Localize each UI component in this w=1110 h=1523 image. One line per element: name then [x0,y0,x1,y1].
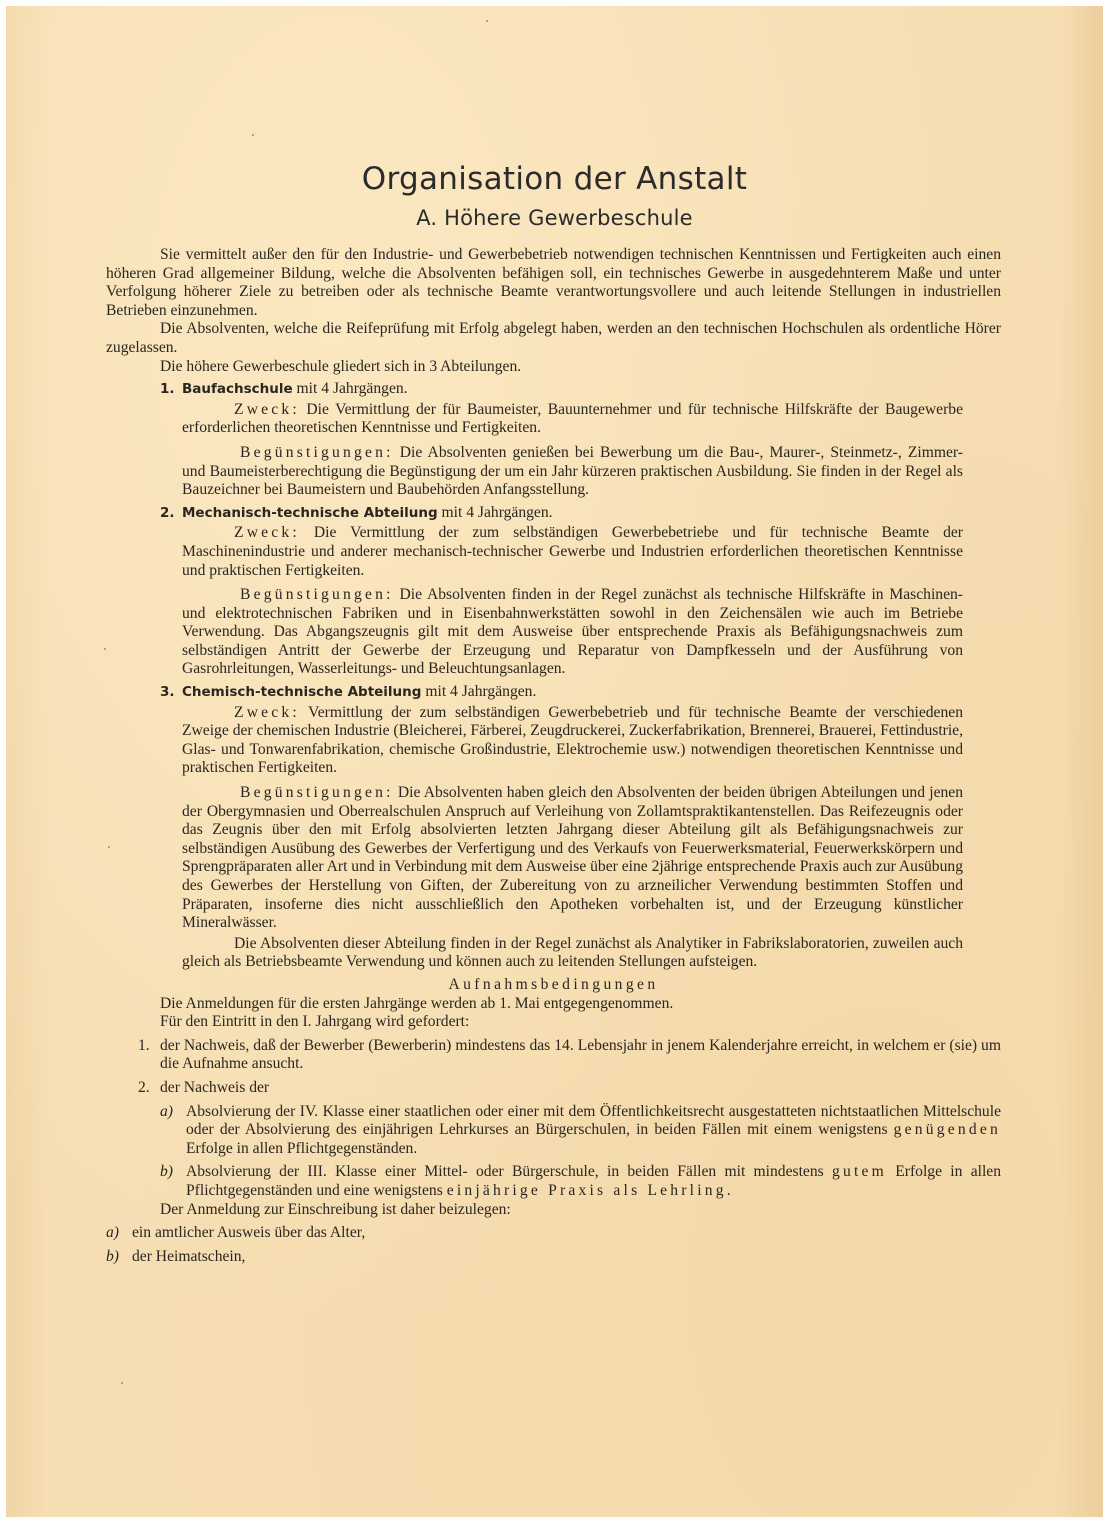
section-number: 2. [160,504,182,523]
paper-speck [486,20,488,22]
intro-paragraph-1: Sie vermittelt außer den für den Industr… [106,246,1001,320]
paper-speck [252,134,254,136]
admission-paragraph-3: Der Anmeldung zur Einschreibung ist dahe… [160,1201,1001,1220]
admission-paragraph-2: Für den Eintritt in den I. Jahrgang wird… [160,1013,1001,1032]
section-suffix: mit 4 Jahrgängen. [438,504,553,521]
text-segment: Absolvierung der IV. Klasse einer staatl… [186,1103,1001,1139]
zweck-text: Die Vermittlung der für Baumeister, Bauu… [182,401,963,437]
page-subtitle: A. Höhere Gewerbeschule [6,206,1103,230]
section-zweck: Zweck: Die Vermittlung der für Baumeiste… [182,401,963,438]
list-text: der Heimatschein, [132,1248,1001,1267]
list-label: b) [106,1248,119,1267]
section-number: 1. [160,380,182,399]
section-zweck: Zweck: Die Vermittlung der zum selbständ… [182,524,963,580]
section-beguenstigungen: Begünstigungen: Die Absolventen finden i… [182,586,963,679]
document-body: Sie vermittelt außer den für den Industr… [106,246,1001,1266]
section-zweck: Zweck: Vermittlung der zum selbständigen… [182,704,963,778]
admission-heading: Aufnahmsbedingungen [106,976,1001,995]
text-segment: . [727,1182,731,1199]
section-beguenstigungen: Begünstigungen: Die Absolventen genießen… [182,444,963,500]
attachment-item-b: b) der Heimatschein, [132,1248,1001,1267]
section-name: Baufachschule [182,381,293,397]
list-label: a) [160,1103,173,1122]
list-number: 2. [138,1079,150,1098]
section-heading-chemisch: 3.Chemisch-technische Abteilung mit 4 Ja… [160,683,1001,702]
requirement-subitem-a: a) Absolvierung der IV. Klasse einer sta… [186,1103,1001,1159]
list-text: Absolvierung der III. Klasse einer Mitte… [186,1163,1001,1200]
paper-speck [121,1382,123,1384]
section-number: 3. [160,683,182,702]
zweck-label: Zweck: [234,704,300,721]
list-number: 1. [138,1037,150,1056]
section-heading-baufachschule: 1.Baufachschule mit 4 Jahrgängen. [160,380,1001,399]
beguenstigungen-label: Begünstigungen: [240,444,394,461]
paper-speck [918,719,920,721]
section-name: Mechanisch-technische Abteilung [182,505,438,521]
text-segment: Erfolge in allen Pflichtgegenständen. [186,1140,417,1157]
section-name: Chemisch-technische Abteilung [182,684,421,700]
list-text: Absolvierung der IV. Klasse einer staatl… [186,1103,1001,1159]
requirement-item-2: 2. der Nachweis der [160,1079,1001,1098]
section-extra-paragraph: Die Absolventen dieser Abteilung finden … [182,935,963,972]
text-segment: Absolvierung der III. Klasse einer Mitte… [186,1163,832,1180]
requirement-item-1: 1. der Nachweis, daß der Bewerber (Bewer… [160,1037,1001,1074]
emphasized-text: gutem [832,1163,887,1180]
page-title: Organisation der Anstalt [6,161,1103,197]
list-text: der Nachweis der [160,1079,1001,1098]
intro-paragraph-2: Die Absolventen, welche die Reifeprüfung… [106,320,1001,357]
intro-paragraph-3: Die höhere Gewerbeschule gliedert sich i… [106,358,1001,377]
section-beguenstigungen: Begünstigungen: Die Absolventen haben gl… [182,784,963,933]
zweck-text: Vermittlung der zum selbständigen Gewerb… [182,704,963,777]
admission-paragraph-1: Die Anmeldungen für die ersten Jahrgänge… [160,995,1001,1014]
beguenstigungen-text: Die Absolventen haben gleich den Absolve… [182,784,963,931]
list-text: der Nachweis, daß der Bewerber (Bewerber… [160,1037,1001,1074]
zweck-label: Zweck: [234,401,300,418]
list-label: a) [106,1224,119,1243]
section-suffix: mit 4 Jahrgängen. [421,683,536,700]
beguenstigungen-label: Begünstigungen: [240,784,394,801]
paper-speck [108,846,110,848]
list-text: ein amtlicher Ausweis über das Alter, [132,1224,1001,1243]
emphasized-text: genügenden [894,1121,1001,1138]
requirement-subitem-b: b) Absolvierung der III. Klasse einer Mi… [186,1163,1001,1200]
zweck-text: Die Vermittlung der zum selbständigen Ge… [182,524,963,578]
section-heading-mechanisch: 2.Mechanisch-technische Abteilung mit 4 … [160,504,1001,523]
zweck-label: Zweck: [234,524,300,541]
emphasized-text: einjährige Praxis als Lehrling [447,1182,727,1199]
list-label: b) [160,1163,173,1182]
document-page: Organisation der Anstalt A. Höhere Gewer… [6,6,1103,1517]
beguenstigungen-label: Begünstigungen: [240,586,394,603]
paper-speck [104,648,106,650]
attachment-item-a: a) ein amtlicher Ausweis über das Alter, [132,1224,1001,1243]
section-suffix: mit 4 Jahrgängen. [293,380,408,397]
